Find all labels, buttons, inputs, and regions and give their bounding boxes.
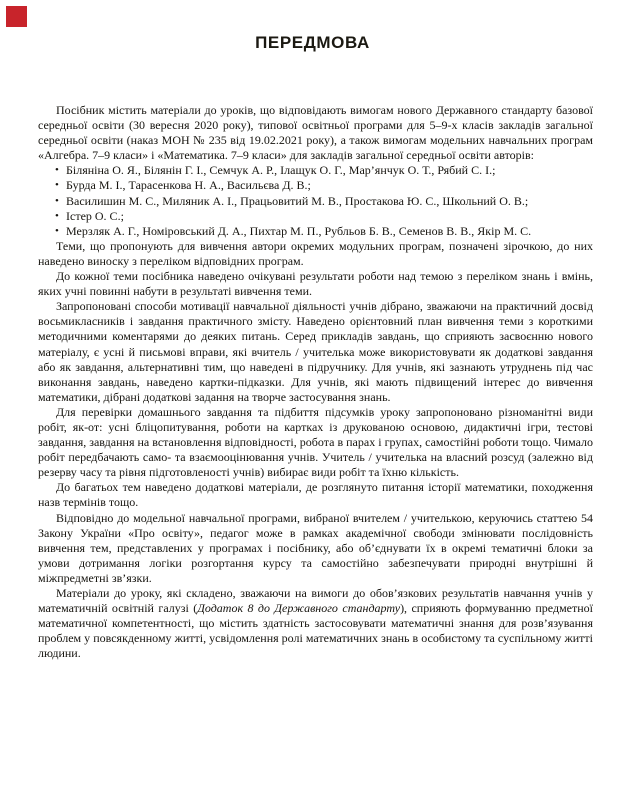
author-names: Мерзляк А. Г., Номіровський Д. А., Пихта… xyxy=(66,224,531,238)
author-names: Бурда М. І., Тарасенкова Н. А., Васильєв… xyxy=(66,178,311,192)
bullet-icon: • xyxy=(55,178,59,193)
paragraph-topics-note: Теми, що пропонують для вивчення автори … xyxy=(38,239,593,269)
paragraph-expected-results: До кожної теми посібника наведено очікув… xyxy=(38,269,593,299)
list-item: •Василишин М. С., Миляник А. І., Працьов… xyxy=(38,194,593,209)
list-item: •Біляніна О. Я., Білянін Г. І., Семчук А… xyxy=(38,163,593,178)
author-names: Василишин М. С., Миляник А. І., Працьови… xyxy=(66,194,528,208)
bullet-icon: • xyxy=(55,209,59,224)
bullet-icon: • xyxy=(55,163,59,178)
author-names: Біляніна О. Я., Білянін Г. І., Семчук А.… xyxy=(66,163,495,177)
list-item: •Істер О. С.; xyxy=(38,209,593,224)
preface-page: ПЕРЕДМОВА Посібник містить матеріали до … xyxy=(0,0,625,812)
preface-body: Посібник містить матеріали до уроків, що… xyxy=(38,103,593,661)
author-names: Істер О. С.; xyxy=(66,209,124,223)
list-item: •Бурда М. І., Тарасенкова Н. А., Васильє… xyxy=(38,178,593,193)
paragraph-extra-materials: До багатьох тем наведено додаткові матер… xyxy=(38,480,593,510)
bullet-icon: • xyxy=(55,194,59,209)
page-corner-marker xyxy=(6,6,27,27)
paragraph-motivation: Запропоновані способи мотивації навчальн… xyxy=(38,299,593,405)
bullet-icon: • xyxy=(55,224,59,239)
italic-citation: Додаток 8 до Державного стандарту xyxy=(197,601,400,615)
paragraph-intro: Посібник містить матеріали до уроків, що… xyxy=(38,103,593,163)
list-item: •Мерзляк А. Г., Номіровський Д. А., Пихт… xyxy=(38,224,593,239)
paragraph-program-freedom: Відповідно до модельної навчальної прогр… xyxy=(38,511,593,586)
paragraph-materials: Матеріали до уроку, які складено, зважаю… xyxy=(38,586,593,661)
paragraph-homework-check: Для перевірки домашнього завдання та під… xyxy=(38,405,593,480)
page-title: ПЕРЕДМОВА xyxy=(0,33,625,53)
authors-list: •Біляніна О. Я., Білянін Г. І., Семчук А… xyxy=(38,163,593,238)
